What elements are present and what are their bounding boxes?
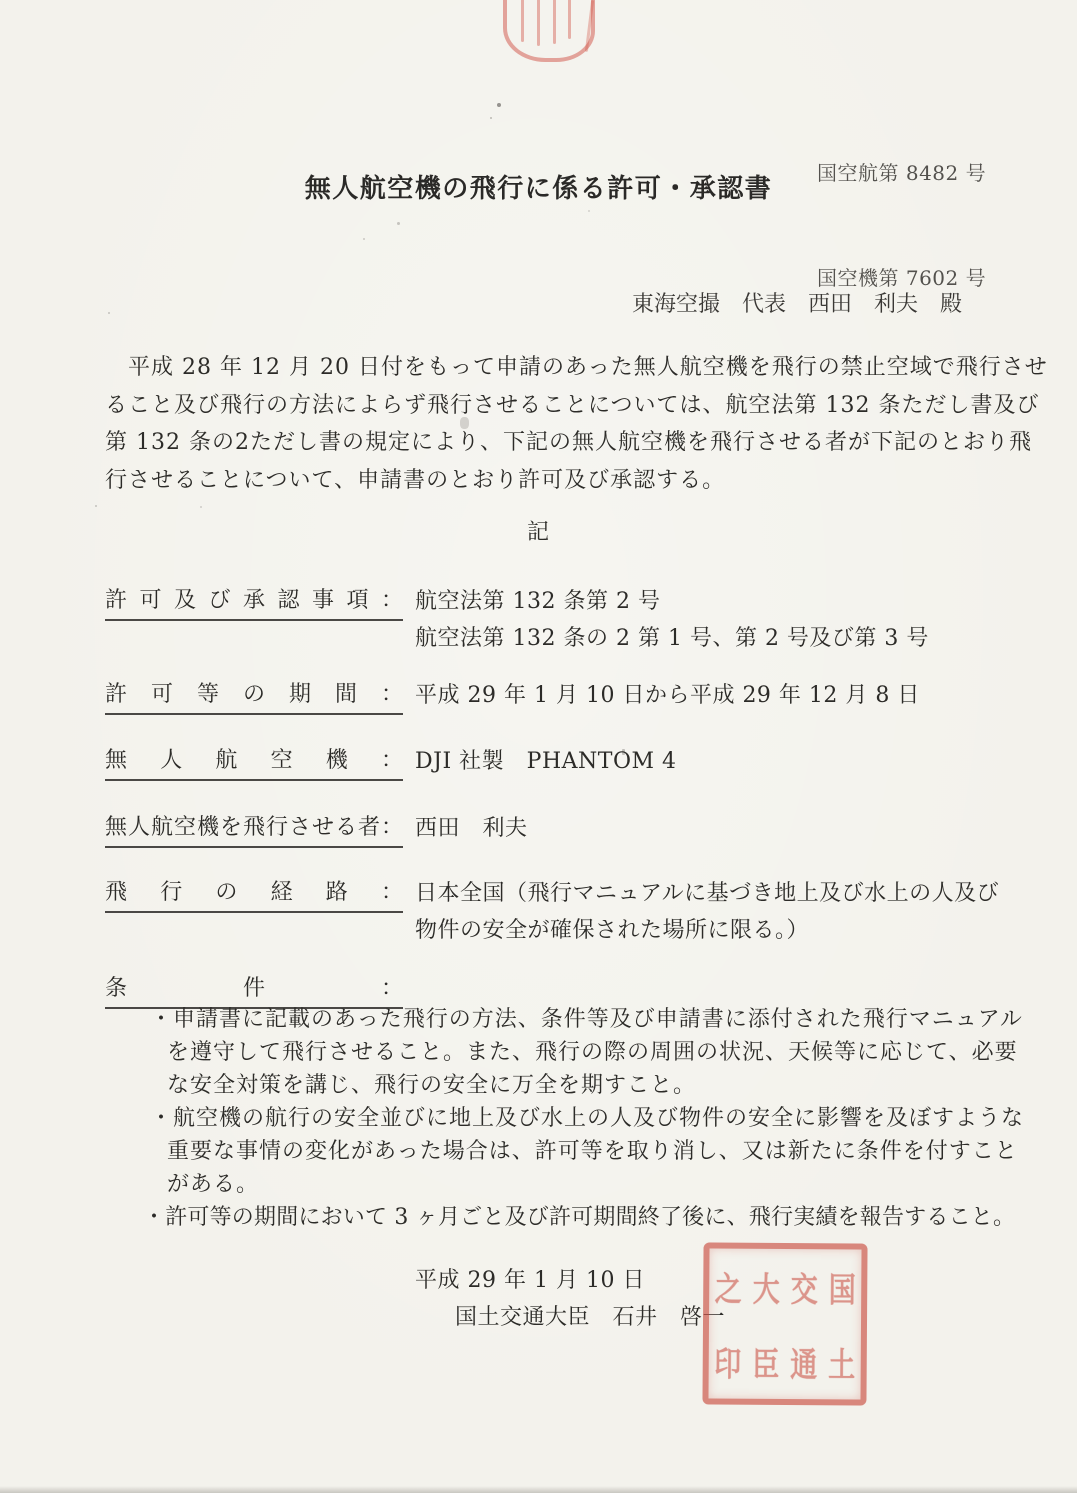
scan-speck [490, 117, 492, 119]
scan-speck [95, 505, 97, 507]
body-paragraph: 平成 28 年 12 月 20 日付をもって申請のあった無人航空機を飛行の禁止空… [105, 349, 1048, 499]
pilot-value-line-1: 西田 利夫 [415, 810, 528, 847]
scan-speck [363, 238, 365, 240]
field-value-pilot: 西田 利夫 [415, 810, 528, 847]
condition-1-line-2: を遵守して飛行させること。また、飛行の際の周囲の状況、天候等に応じて、必要 [150, 1036, 1024, 1069]
scanned-permit-document: 国空航第 8482 号 国空機第 7602 号 無人航空機の飛行に係る許可・承認… [0, 0, 1077, 1493]
route-value-line-2: 物件の安全が確保された場所に限る。） [415, 912, 999, 949]
scan-speck [108, 312, 110, 314]
condition-1-line-1: ・申請書に記載のあった飛行の方法、条件等及び申請書に添付された飛行マニュアル [150, 1003, 1024, 1036]
document-reference-numbers: 国空航第 8482 号 国空機第 7602 号 [817, 86, 986, 366]
stamp-stroke [521, 0, 524, 42]
field-row-approval-items: 許可及び承認事項： 航空法第 132 条第 2 号 航空法第 132 条の 2 … [105, 583, 990, 621]
body-line-2: ること及び飛行の方法によらず飛行させることについては、航空法第 132 条ただし… [105, 387, 1048, 425]
condition-2-line-3: がある。 [150, 1168, 1024, 1201]
document-title: 無人航空機の飛行に係る許可・承認書 [0, 168, 1077, 205]
seal-character: 印 [708, 1314, 747, 1408]
field-label-permit-period: 許可等の期間： [105, 677, 403, 715]
scan-speck [622, 749, 625, 755]
field-value-flight-route: 日本全国（飛行マニュアルに基づき地上及び水上の人及び 物件の安全が確保された場所… [415, 875, 999, 949]
stamp-stroke [537, 0, 540, 46]
scan-speck [397, 222, 400, 225]
condition-3-line-1: ・許可等の期間において 3 ヶ月ごと及び許可期間終了後に、飛行実績を報告すること… [143, 1201, 1024, 1234]
condition-1-line-3: な安全対策を講じ、飛行の安全に万全を期すこと。 [150, 1069, 1024, 1102]
field-row-pilot: 無人航空機を飛行させる者： 西田 利夫 [105, 810, 990, 848]
route-value-line-1: 日本全国（飛行マニュアルに基づき地上及び水上の人及び [415, 875, 999, 912]
approval-value-line-1: 航空法第 132 条第 2 号 [415, 583, 929, 620]
field-row-permit-period: 許可等の期間： 平成 29 年 1 月 10 日から平成 29 年 12 月 8… [105, 677, 990, 715]
field-value-uav: DJI 社製 PHANTOM 4 [415, 743, 677, 780]
issue-date: 平成 29 年 1 月 10 日 [415, 1263, 645, 1294]
ki-heading: 記 [0, 515, 1077, 546]
addressee: 東海空撮 代表 西田 利夫 殿 [632, 287, 962, 318]
field-label-pilot: 無人航空機を飛行させる者： [105, 810, 403, 848]
conditions-list: ・申請書に記載のあった飛行の方法、条件等及び申請書に添付された飛行マニュアル を… [150, 1003, 1024, 1234]
uav-value-line-1: DJI 社製 PHANTOM 4 [415, 743, 677, 780]
field-label-uav: 無人航空機： [105, 743, 403, 781]
seal-character: 臣 [746, 1314, 785, 1408]
minister-signature: 国土交通大臣 石井 啓一 [455, 1300, 725, 1331]
field-label-flight-route: 飛行の経路： [105, 875, 403, 913]
stamp-stroke [568, 0, 571, 39]
field-row-flight-route: 飛行の経路： 日本全国（飛行マニュアルに基づき地上及び水上の人及び 物件の安全が… [105, 875, 990, 913]
partial-red-stamp [503, 0, 595, 62]
stamp-stroke [553, 0, 556, 44]
scan-edge-shadow [0, 1486, 1077, 1493]
field-value-permit-period: 平成 29 年 1 月 10 日から平成 29 年 12 月 8 日 [415, 677, 920, 714]
condition-2-line-1: ・航空機の航行の安全並びに地上及び水上の人及び物件の安全に影響を及ぼすような [150, 1102, 1024, 1135]
body-line-4: 行させることについて、申請書のとおり許可及び承認する。 [105, 462, 1048, 500]
condition-2-line-2: 重要な事情の変化があった場合は、許可等を取り消し、又は新たに条件を付すこと [150, 1135, 1024, 1168]
field-value-approval-items: 航空法第 132 条第 2 号 航空法第 132 条の 2 第 1 号、第 2 … [415, 583, 929, 657]
body-line-1: 平成 28 年 12 月 20 日付をもって申請のあった無人航空機を飛行の禁止空… [105, 349, 1048, 387]
seal-character: 通 [784, 1315, 823, 1409]
scan-speck [588, 210, 590, 212]
field-row-uav: 無人航空機： DJI 社製 PHANTOM 4 [105, 743, 990, 781]
scan-smudge [460, 417, 469, 429]
scan-speck [200, 506, 202, 508]
field-label-approval-items: 許可及び承認事項： [105, 583, 403, 621]
minister-seal: 之 大 交 国 印 臣 通 土 [702, 1242, 867, 1405]
body-line-3: 第 132 条の2ただし書の規定により、下記の無人航空機を飛行させる者が下記のと… [105, 424, 1048, 462]
period-value-line-1: 平成 29 年 1 月 10 日から平成 29 年 12 月 8 日 [415, 677, 920, 714]
scan-speck [497, 103, 501, 107]
seal-character: 土 [822, 1315, 861, 1409]
approval-value-line-2: 航空法第 132 条の 2 第 1 号、第 2 号及び第 3 号 [415, 620, 929, 657]
